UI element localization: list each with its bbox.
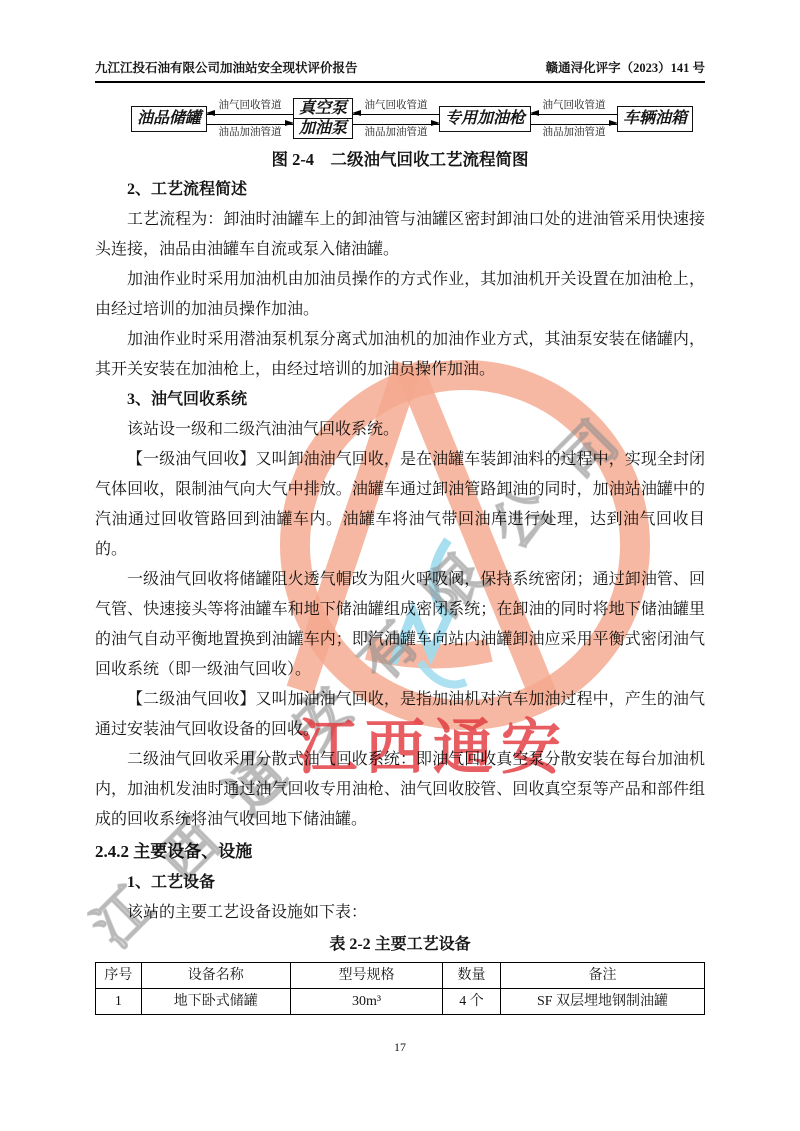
fuel-pipe-label: 油品加油管道	[207, 126, 293, 139]
diagram-box-pumps: 真空泵 加油泵	[293, 98, 353, 139]
paragraph: 加油作业时采用潜油泵机泵分离式加油机的加油作业方式，其油泵安装在储罐内，其开关安…	[95, 325, 705, 385]
page-content: 九江江投石油有限公司加油站安全现状评价报告 赣通浔化评字（2023）141 号 …	[95, 58, 705, 1015]
arrow-right-icon	[353, 124, 439, 125]
heading-process-equipment: 1、工艺设备	[95, 868, 705, 898]
col-header-qty: 数量	[443, 963, 501, 989]
page-header: 九江江投石油有限公司加油站安全现状评价报告 赣通浔化评字（2023）141 号	[95, 58, 705, 83]
col-header-model: 型号规格	[290, 963, 442, 989]
table-caption: 表 2-2 主要工艺设备	[95, 929, 705, 960]
diagram-box-dedicated-nozzle: 专用加油枪	[439, 106, 531, 132]
figure-caption: 图 2-4 二级油气回收工艺流程简图	[95, 145, 705, 175]
arrow-left-icon	[207, 114, 293, 115]
vapor-pipe-label: 油气回收管道	[353, 99, 439, 112]
equipment-table: 序号 设备名称 型号规格 数量 备注 1 地下卧式储罐 30m³ 4 个 SF …	[95, 962, 705, 1015]
col-header-name: 设备名称	[141, 963, 290, 989]
cell-remark: SF 双层埋地钢制油罐	[500, 989, 704, 1015]
arrow-left-icon	[353, 114, 439, 115]
cell-qty: 4 个	[443, 989, 501, 1015]
diagram-box-vehicle-tank: 车辆油箱	[617, 106, 693, 132]
heading-2-4-2: 2.4.2 主要设备、设施	[95, 835, 705, 868]
arrow-right-icon	[207, 124, 293, 125]
header-left-title: 九江江投石油有限公司加油站安全现状评价报告	[95, 58, 358, 76]
diagram-connector-2: 油气回收管道 油品加油管道	[353, 99, 439, 139]
cell-name: 地下卧式储罐	[141, 989, 290, 1015]
diagram-connector-3: 油气回收管道 油品加油管道	[531, 99, 617, 139]
paragraph: 工艺流程为：卸油时油罐车上的卸油管与油罐区密封卸油口处的进油管采用快速接头连接，…	[95, 205, 705, 265]
fuel-pipe-label: 油品加油管道	[531, 126, 617, 139]
diagram-box-oil-storage-tank: 油品储罐	[131, 106, 207, 132]
paragraph: 一级油气回收将储罐阻火透气帽改为阻火呼吸阀，保持系统密闭；通过卸油管、回气管、快…	[95, 565, 705, 685]
table-header-row: 序号 设备名称 型号规格 数量 备注	[96, 963, 705, 989]
col-header-remark: 备注	[500, 963, 704, 989]
report-page: 九江江投石油有限公司加油站安全现状评价报告 赣通浔化评字（2023）141 号 …	[0, 0, 800, 1131]
table-row: 1 地下卧式储罐 30m³ 4 个 SF 双层埋地钢制油罐	[96, 989, 705, 1015]
cell-index: 1	[96, 989, 142, 1015]
paragraph: 该站设一级和二级汽油油气回收系统。	[95, 415, 705, 445]
paragraph: 【一级油气回收】又叫卸油油气回收，是在油罐车装卸油料的过程中，实现全封闭气体回收…	[95, 445, 705, 565]
col-header-index: 序号	[96, 963, 142, 989]
fuel-pump-label: 加油泵	[294, 119, 352, 138]
paragraph: 加油作业时采用加油机由加油员操作的方式作业，其加油机开关设置在加油枪上，由经过培…	[95, 265, 705, 325]
arrow-left-icon	[531, 114, 617, 115]
heading-process-description: 2、工艺流程简述	[95, 175, 705, 205]
arrow-right-icon	[531, 124, 617, 125]
header-right-docnumber: 赣通浔化评字（2023）141 号	[546, 58, 705, 76]
vacuum-pump-label: 真空泵	[294, 99, 352, 119]
vapor-pipe-label: 油气回收管道	[207, 99, 293, 112]
page-number: 17	[0, 1040, 800, 1055]
paragraph: 该站的主要工艺设备设施如下表：	[95, 898, 705, 928]
diagram-connector-1: 油气回收管道 油品加油管道	[207, 99, 293, 139]
heading-vapor-recovery: 3、油气回收系统	[95, 385, 705, 415]
cell-model: 30m³	[290, 989, 442, 1015]
fuel-pipe-label: 油品加油管道	[353, 126, 439, 139]
paragraph: 【二级油气回收】又叫加油油气回收，是指加油机对汽车加油过程中，产生的油气通过安装…	[95, 685, 705, 745]
vapor-recovery-flow-diagram: 油品储罐 油气回收管道 油品加油管道 真空泵 加油泵 油气回收管道 油品加油管道…	[95, 98, 705, 139]
paragraph: 二级油气回收采用分散式油气回收系统：即油气回收真空泵分散安装在每台加油机内，加油…	[95, 745, 705, 835]
vapor-pipe-label: 油气回收管道	[531, 99, 617, 112]
